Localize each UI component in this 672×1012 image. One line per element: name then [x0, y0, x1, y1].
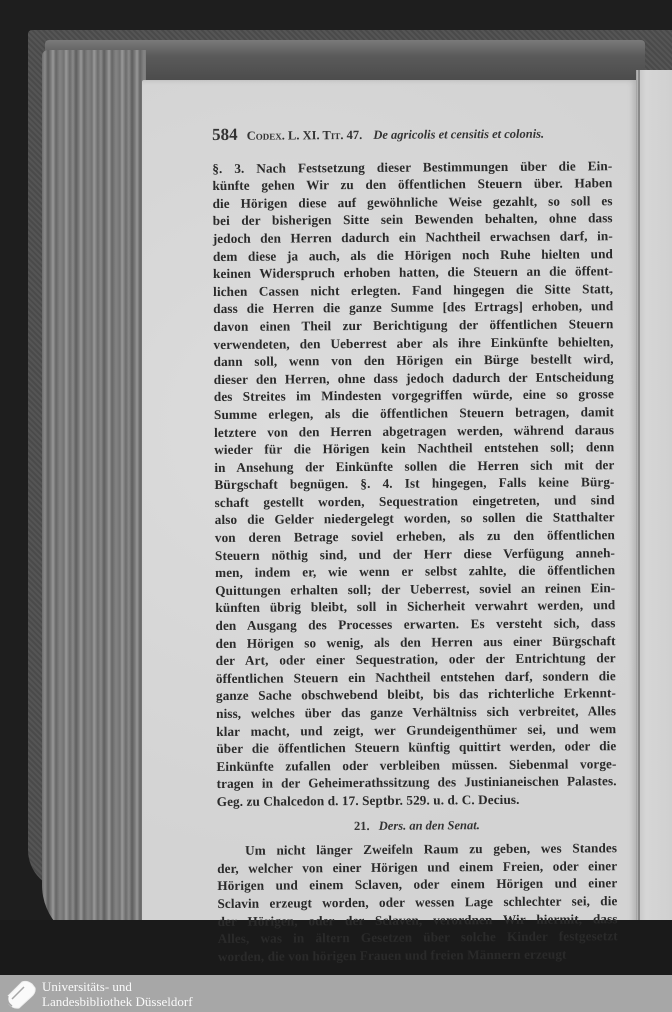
book-page-edges: [42, 50, 146, 945]
book-scan: 584 Codex. L. XI. Tit. 47. De agricolis …: [0, 0, 672, 975]
running-head-title: De agricolis et censitis et colonis.: [373, 127, 544, 142]
section-title: Ders. an den Senat.: [379, 818, 480, 833]
book-logo-icon: [4, 979, 38, 1009]
section-heading: 21. Ders. an den Senat.: [217, 816, 617, 836]
page-number: 584: [212, 125, 238, 144]
text-line: Sclavin erzeugt worden, oder wessen Lage…: [217, 892, 617, 912]
text-line: davon einen Theil zur Berichtigung der ö…: [213, 315, 613, 335]
institution-line-2: Landesbibliothek Düsseldorf: [42, 994, 193, 1009]
text-line: jedoch den Herren dadurch ein Nachtheil …: [213, 227, 613, 247]
section-paragraph-3-4: §. 3. Nach Festsetzung dieser Bestimmung…: [212, 157, 617, 811]
facing-page-edge: [636, 70, 672, 940]
text-line: worden, die von hörigen Frauen und freie…: [218, 945, 618, 965]
text-line: von deren Betrage soviel erheben, als zu…: [215, 526, 615, 546]
section-number: 21.: [354, 818, 370, 832]
text-line: tragen in der Geheimerathssitzung des Ju…: [217, 773, 617, 793]
page-text: 584 Codex. L. XI. Tit. 47. De agricolis …: [212, 123, 618, 965]
text-line: Summe erlegen, als die öffentlichen Steu…: [214, 403, 614, 423]
institution-name: Universitäts- und Landesbibliothek Düsse…: [42, 979, 193, 1009]
library-footer: Universitäts- und Landesbibliothek Düsse…: [0, 975, 672, 1012]
text-line: niss, welches über das ganze Verhältniss…: [216, 702, 616, 722]
page-gutter: [638, 70, 640, 940]
text-line: den Ausgang des Processes erwarten. Es v…: [215, 614, 615, 634]
running-head: 584 Codex. L. XI. Tit. 47. De agricolis …: [212, 123, 612, 145]
institution-line-1: Universitäts- und: [42, 979, 193, 994]
running-head-codex: Codex. L. XI. Tit. 47.: [247, 128, 363, 143]
section-paragraph-21: Um nicht länger Zweifeln Raum zu geben, …: [217, 839, 618, 965]
text-line: Geg. zu Chalcedon d. 17. Septbr. 529. u.…: [217, 790, 617, 810]
